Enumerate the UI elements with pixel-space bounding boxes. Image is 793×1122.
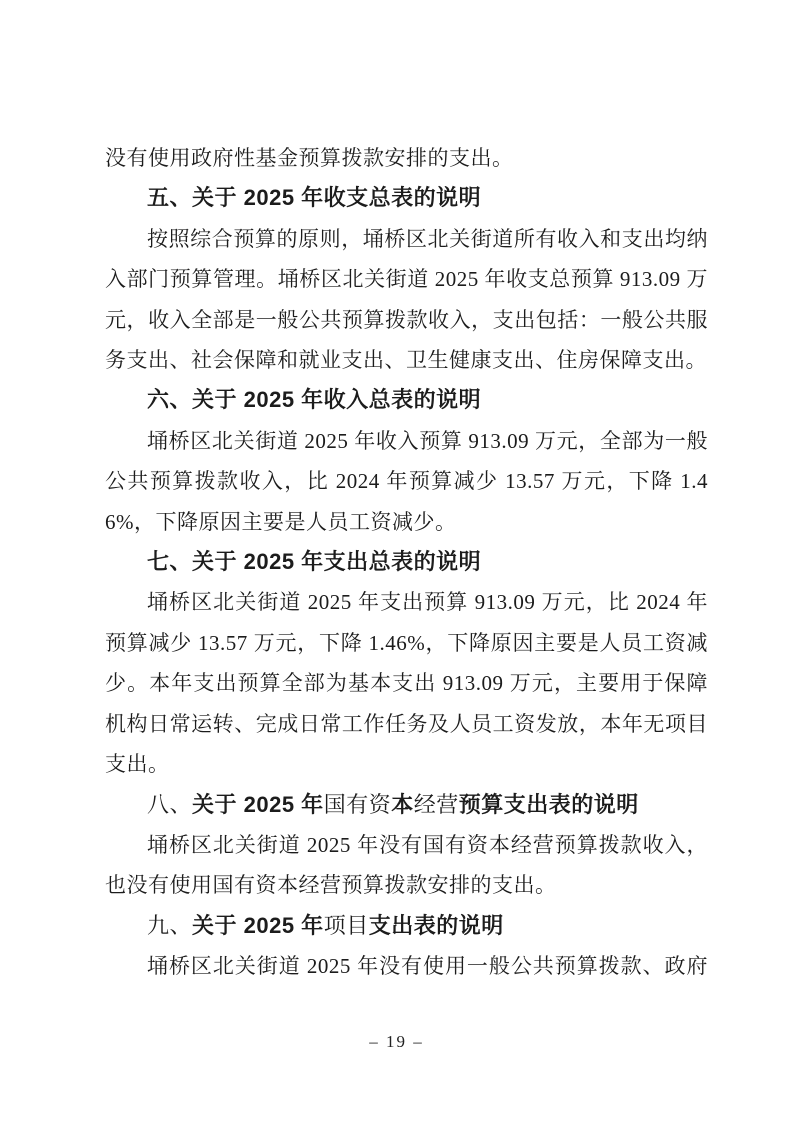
document-page: 没有使用政府性基金预算拨款安排的支出。 五、关于 2025 年收支总表的说明 按… <box>0 0 793 1122</box>
heading-run: 关于 2025 年 <box>192 792 324 817</box>
heading-run: 支出表的说明 <box>369 913 504 938</box>
paragraph-section-5: 按照综合预算的原则，埇桥区北关街道所有收入和支出均纳入部门预算管理。埇桥区北关街… <box>105 219 708 381</box>
heading-run: 国有资 <box>324 792 392 817</box>
document-body: 没有使用政府性基金预算拨款安排的支出。 五、关于 2025 年收支总表的说明 按… <box>105 138 708 987</box>
section-heading-8: 八、关于 2025 年国有资本经营预算支出表的说明 <box>105 785 708 825</box>
heading-run: 预算支出表的说明 <box>459 792 639 817</box>
section-heading-5: 五、关于 2025 年收支总表的说明 <box>105 178 708 218</box>
heading-run: 项目 <box>324 913 369 938</box>
section-heading-9: 九、关于 2025 年项目支出表的说明 <box>105 906 708 946</box>
heading-run: 本 <box>391 792 414 817</box>
section-heading-6: 六、关于 2025 年收入总表的说明 <box>105 380 708 420</box>
paragraph-continued-from-previous-page: 没有使用政府性基金预算拨款安排的支出。 <box>105 138 708 178</box>
heading-run: 关于 2025 年 <box>192 913 324 938</box>
heading-run: 经营 <box>414 792 459 817</box>
paragraph-section-7: 埇桥区北关街道 2025 年支出预算 913.09 万元，比 2024 年预算减… <box>105 582 708 784</box>
heading-run: 九、 <box>147 913 192 938</box>
page-number: – 19 – <box>0 1032 793 1052</box>
section-heading-7: 七、关于 2025 年支出总表的说明 <box>105 542 708 582</box>
paragraph-section-6: 埇桥区北关街道 2025 年收入预算 913.09 万元，全部为一般公共预算拨款… <box>105 421 708 542</box>
heading-run: 八、 <box>147 792 192 817</box>
paragraph-section-9-continues-next-page: 埇桥区北关街道 2025 年没有使用一般公共预算拨款、政府 <box>105 946 708 986</box>
paragraph-section-8: 埇桥区北关街道 2025 年没有国有资本经营预算拨款收入，也没有使用国有资本经营… <box>105 825 708 906</box>
